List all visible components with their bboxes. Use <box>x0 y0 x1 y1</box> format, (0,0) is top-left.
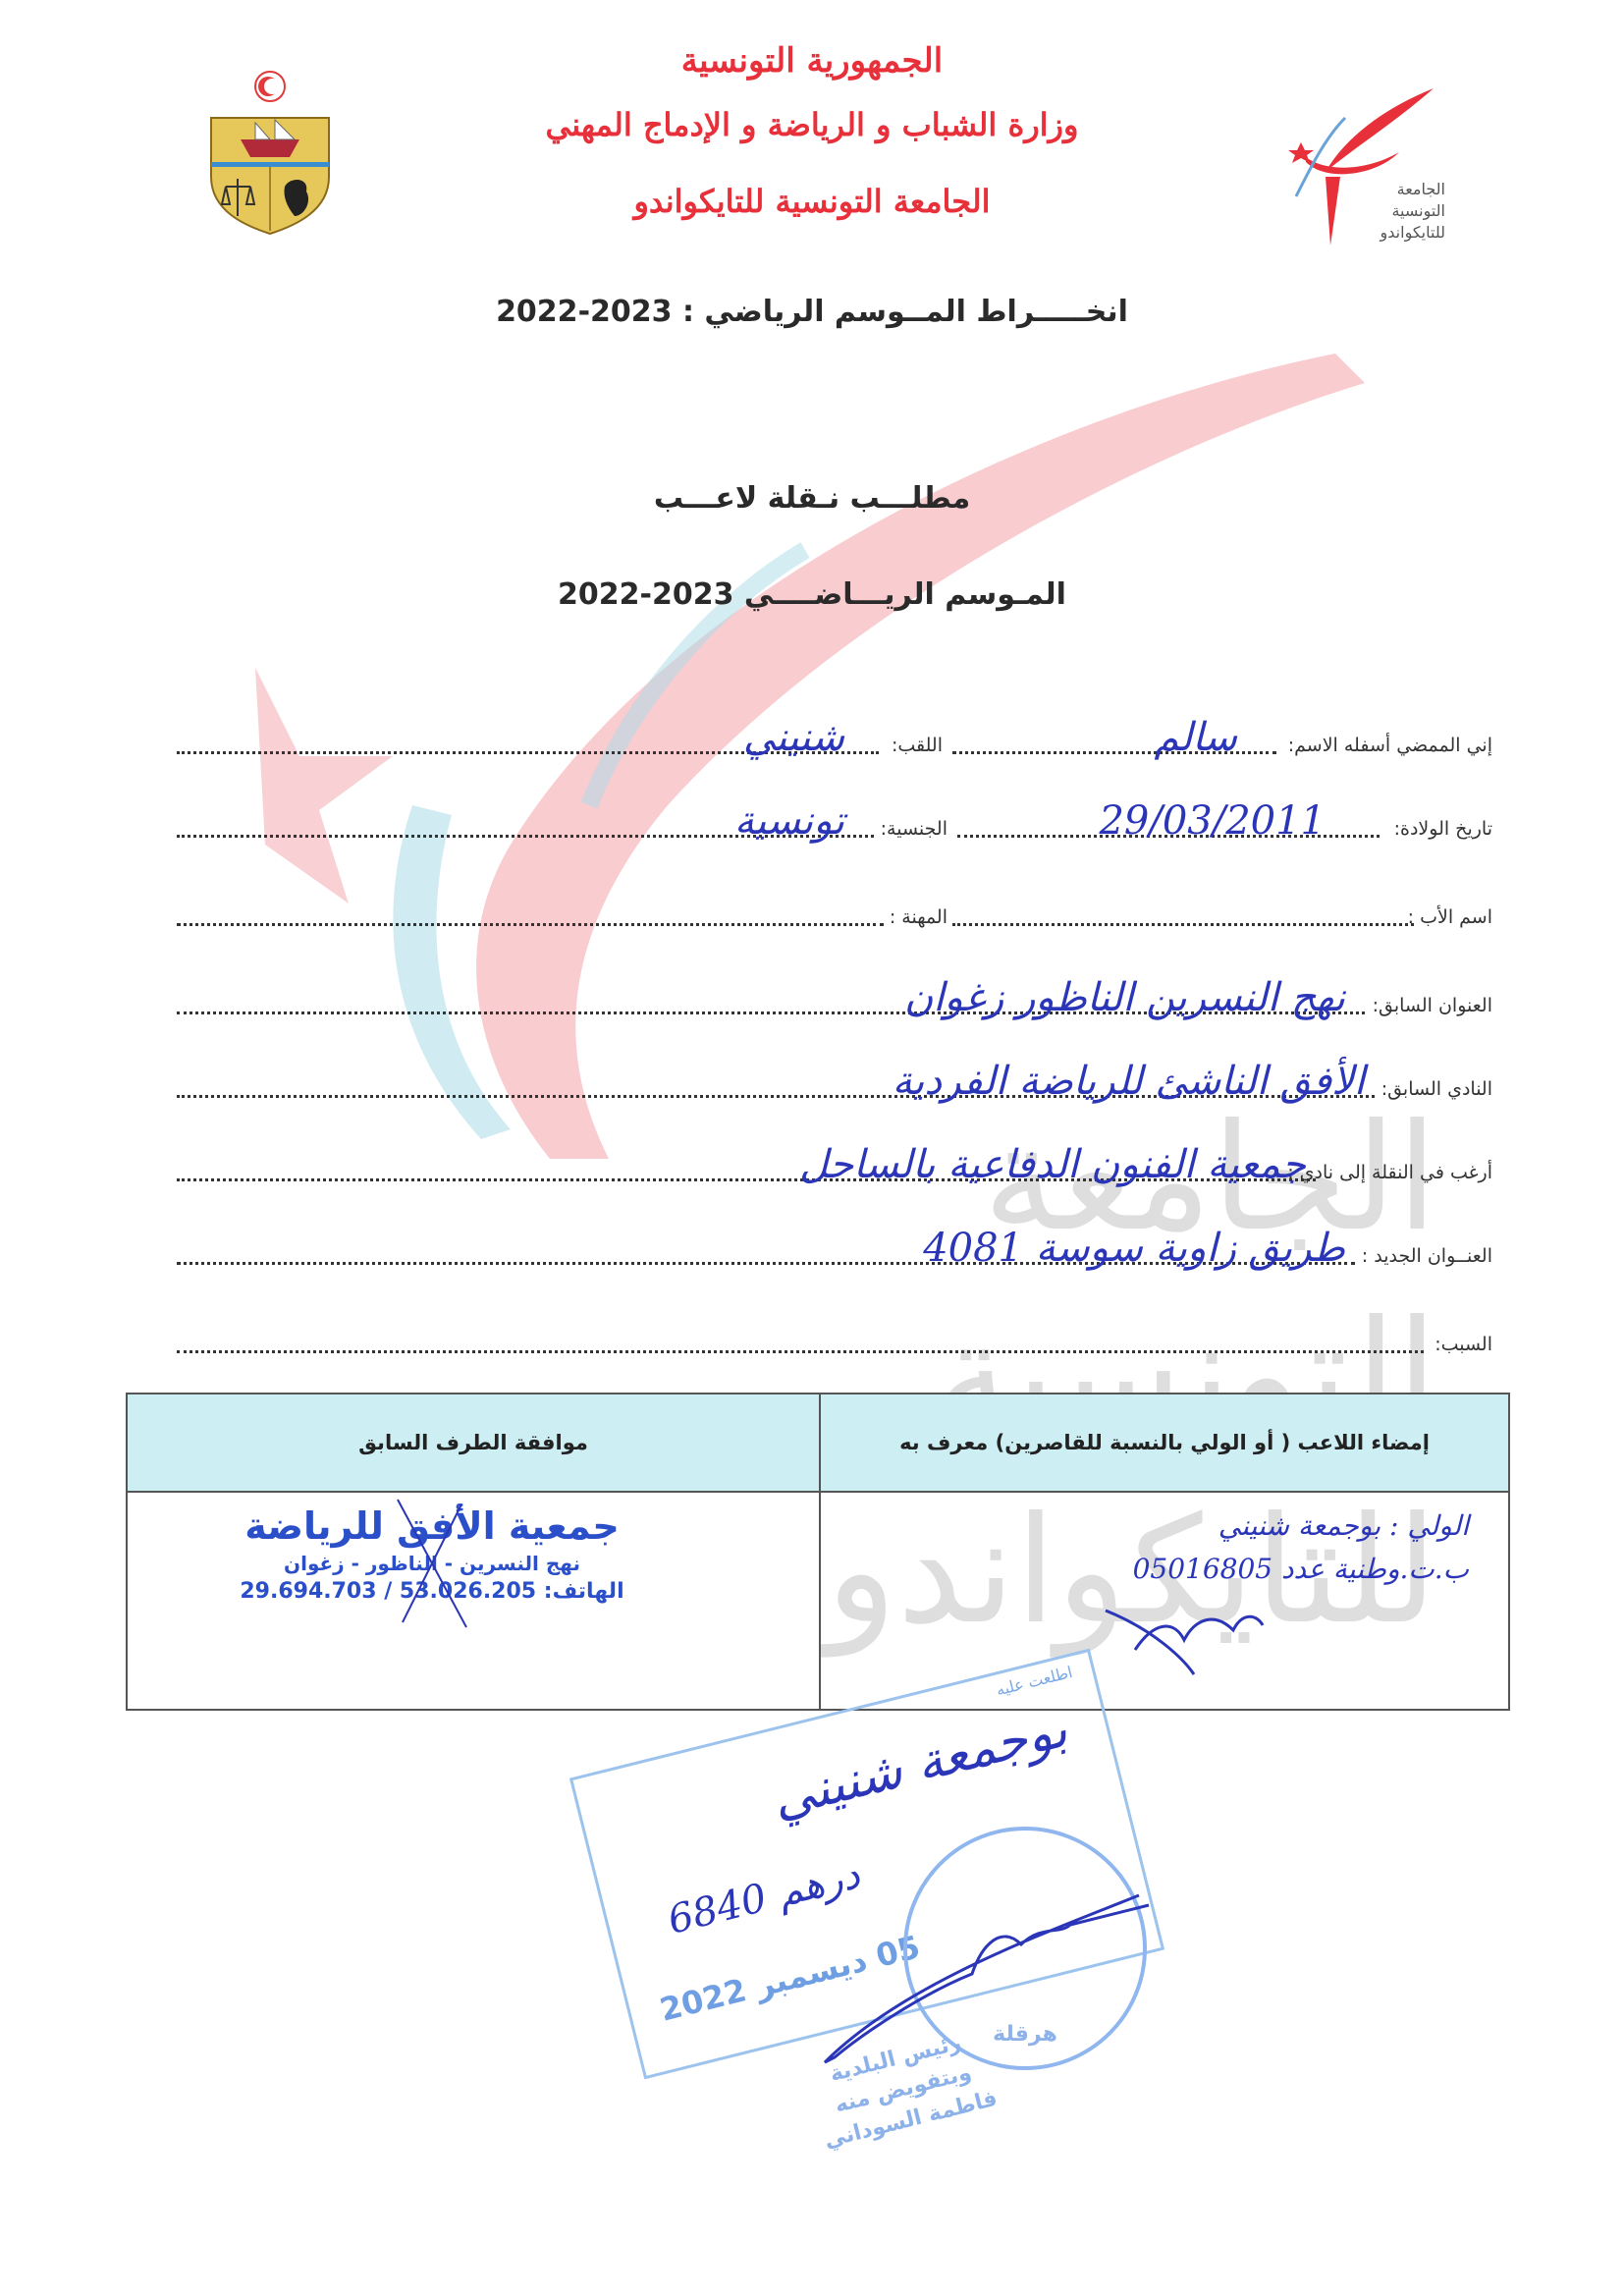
value-previous-address: نهج النسرين الناظور زغوان <box>904 975 1345 1020</box>
label-profession: المهنة : <box>890 906 947 928</box>
value-first-name: سالم <box>1154 715 1237 760</box>
club-stamp: جمعية الأفق للرياضة نهج النسرين - الناظو… <box>157 1504 707 1604</box>
label-surname: اللقب: <box>892 735 943 756</box>
field-line-reason[interactable] <box>177 1350 1424 1353</box>
label-new-address: العنــوان الجديد : <box>1362 1245 1492 1267</box>
label-nationality: الجنسية: <box>881 818 947 840</box>
form-row-father: اسم الأب : المهنة : <box>177 879 1492 938</box>
value-new-address: طريق زاوية سوسة 4081 <box>923 1226 1345 1271</box>
table-divider <box>819 1394 821 1709</box>
form-row-name: إني الممضي أسفله الاسم: سالم اللقب: شنين… <box>177 707 1492 766</box>
guardian-signature-icon <box>1096 1591 1292 1679</box>
season-title: المـوسم الريـــاضــــي 2023-2022 <box>0 577 1624 612</box>
cross-mark-icon <box>388 1495 476 1632</box>
form-row-prev-address: العنوان السابق: نهج النسرين الناظور زغوا… <box>177 967 1492 1026</box>
form-row-reason: السبب: <box>177 1306 1492 1365</box>
header-player-signature: إمضاء اللاعب ( أو الولي بالنسبة للقاصرين… <box>819 1394 1508 1493</box>
label-new-club: أرغب في النقلة إلى نادي : <box>1287 1162 1492 1183</box>
header-previous-party-approval: موافقة الطرف السابق <box>128 1394 819 1493</box>
guardian-name: الولي : بوجمعة شنيني <box>860 1504 1469 1548</box>
form-row-new-club: أرغب في النقلة إلى نادي : جمعية الفنون ا… <box>177 1134 1492 1193</box>
stamp-handwritten-name: بوجمعة شنيني <box>766 1700 1072 1830</box>
label-first-name: إني الممضي أسفله الاسم: <box>1288 735 1492 756</box>
header-republic: الجمهورية التونسية <box>0 41 1624 81</box>
value-surname: شنيني <box>743 715 844 760</box>
value-birth-date: 29/03/2011 <box>1099 798 1326 844</box>
stamp-header-text: اطلعت عليه <box>995 1663 1074 1700</box>
label-father-name: اسم الأب : <box>1408 906 1492 928</box>
field-line-father-name[interactable] <box>952 923 1414 926</box>
form-row-prev-club: النادي السابق: الأفق الناشئ للرياضة الفر… <box>177 1051 1492 1110</box>
header-ministry: وزارة الشباب و الرياضة و الإدماج المهني <box>0 106 1624 143</box>
guardian-note: الولي : بوجمعة شنيني ب.ت.وطنية عدد 05016… <box>860 1504 1469 1692</box>
value-nationality: تونسية <box>734 798 844 844</box>
label-previous-club: النادي السابق: <box>1381 1078 1492 1100</box>
label-birth-date: تاريخ الولادة: <box>1394 818 1492 840</box>
guardian-id: ب.ت.وطنية عدد 05016805 <box>860 1548 1469 1591</box>
label-previous-address: العنوان السابق: <box>1373 995 1492 1016</box>
value-previous-club: الأفق الناشئ للرياضة الفردية <box>893 1059 1365 1104</box>
svg-text:للتايكواندو: للتايكواندو <box>1380 223 1445 243</box>
form-row-new-address: العنــوان الجديد : طريق زاوية سوسة 4081 <box>177 1218 1492 1277</box>
form-title: مطلـــب نـقلة لاعـــب <box>0 481 1624 516</box>
signature-table: إمضاء اللاعب ( أو الولي بالنسبة للقاصرين… <box>126 1393 1510 1711</box>
label-reason: السبب: <box>1435 1334 1492 1355</box>
header-federation: الجامعة التونسية للتايكواندو <box>0 183 1624 220</box>
enrollment-season-title: انخـــــراط المــوسم الرياضي : 2023-2022 <box>0 295 1624 329</box>
form-row-birth: تاريخ الولادة: 29/03/2011 الجنسية: تونسي… <box>177 791 1492 849</box>
value-new-club: جمعية الفنون الدفاعية بالساحل <box>799 1142 1306 1187</box>
field-line-profession[interactable] <box>177 923 884 926</box>
